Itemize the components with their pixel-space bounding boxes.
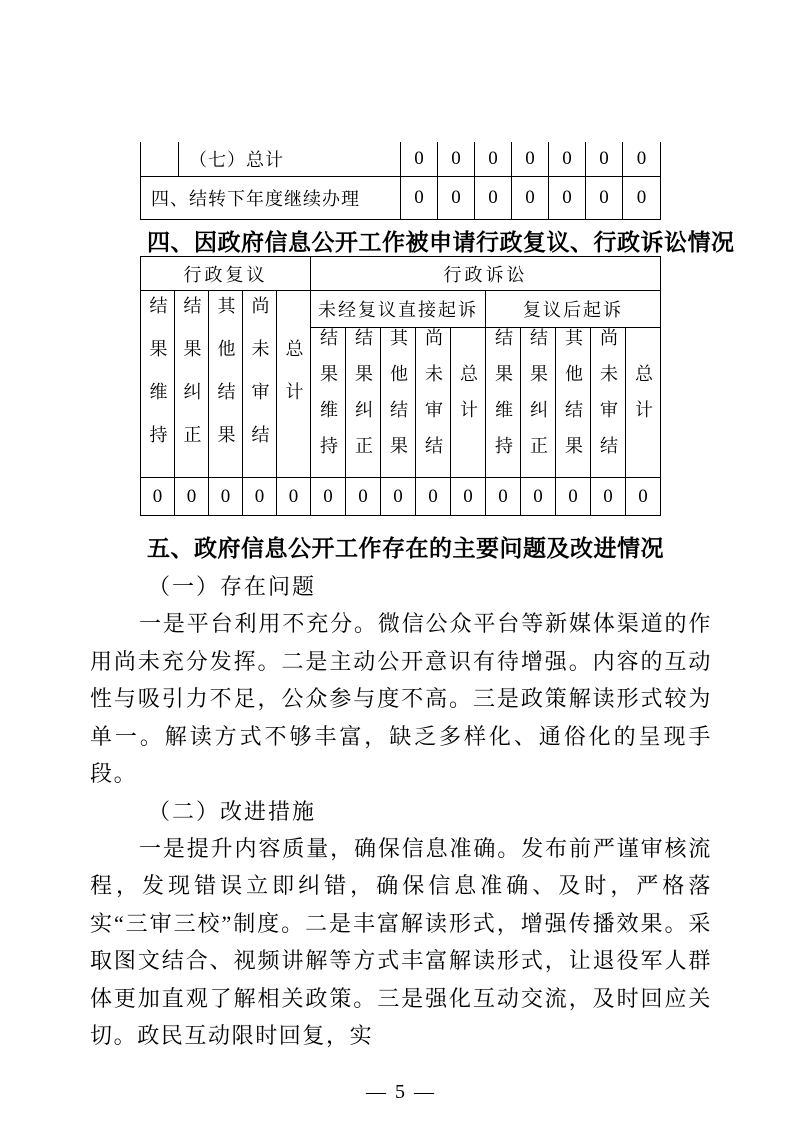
column-header: 其他结果 — [381, 328, 416, 478]
value-cell: 0 — [549, 177, 586, 220]
value-cell: 0 — [416, 478, 451, 516]
page-content: （七）总计 0 0 0 0 0 0 0 四、结转下年度继续办理 0 0 0 0 … — [90, 0, 712, 1104]
column-header-label: 尚未审结 — [247, 296, 273, 468]
value-cell: 0 — [475, 142, 512, 177]
value-cell: 0 — [586, 177, 623, 220]
column-header-label: 其他结果 — [213, 296, 239, 468]
group-header-litigation: 行政诉讼 — [311, 257, 661, 291]
column-header: 总计 — [626, 328, 661, 478]
column-header: 结果纠正 — [175, 291, 209, 478]
section4-heading: 四、因政府信息公开工作被申请行政复议、行政诉讼情况 — [90, 228, 712, 256]
value-cell: 0 — [623, 177, 661, 220]
column-header: 结果维持 — [311, 328, 346, 478]
column-header: 尚未审结 — [591, 328, 626, 478]
group-header-reconsideration: 行政复议 — [141, 257, 311, 291]
value-cell: 0 — [512, 142, 549, 177]
column-header-label: 结果纠正 — [179, 296, 205, 468]
value-cell: 0 — [438, 177, 475, 220]
row-label: （七）总计 — [179, 142, 401, 177]
value-cell: 0 — [586, 142, 623, 177]
value-cell: 0 — [512, 177, 549, 220]
column-header: 总计 — [277, 291, 311, 478]
empty-cell — [141, 142, 179, 177]
table-row: 0 0 0 0 0 0 0 0 0 0 0 0 0 0 0 — [141, 478, 661, 516]
value-cell: 0 — [401, 142, 438, 177]
value-cell: 0 — [549, 142, 586, 177]
column-header-label: 总计 — [630, 364, 656, 436]
value-cell: 0 — [556, 478, 591, 516]
carryover-table: （七）总计 0 0 0 0 0 0 0 四、结转下年度继续办理 0 0 0 0 … — [140, 142, 661, 220]
value-cell: 0 — [311, 478, 346, 516]
value-cell: 0 — [451, 478, 486, 516]
subgroup-header-direct: 未经复议直接起诉 — [311, 291, 486, 328]
value-cell: 0 — [591, 478, 626, 516]
column-header-label: 结果维持 — [145, 296, 171, 468]
column-header: 结果维持 — [486, 328, 521, 478]
measures-paragraph: 一是提升内容质量，确保信息准确。发布前严谨审核流程，发现错误立即纠错，确保信息准… — [90, 830, 712, 1055]
column-header: 尚未审结 — [243, 291, 277, 478]
value-cell: 0 — [401, 177, 438, 220]
column-header-label: 尚未审结 — [420, 328, 446, 472]
column-header-label: 结果纠正 — [350, 328, 376, 472]
value-cell: 0 — [141, 478, 175, 516]
value-cell: 0 — [626, 478, 661, 516]
problems-subheading: （一）存在问题 — [90, 569, 712, 605]
column-header-label: 结果纠正 — [525, 328, 551, 472]
column-header: 结果纠正 — [346, 328, 381, 478]
measures-subheading: （二）改进措施 — [90, 794, 712, 830]
section5-heading: 五、政府信息公开工作存在的主要问题及改进情况 — [90, 533, 712, 564]
value-cell: 0 — [346, 478, 381, 516]
value-cell: 0 — [438, 142, 475, 177]
value-cell: 0 — [475, 177, 512, 220]
column-header: 结果维持 — [141, 291, 175, 478]
document-page: （七）总计 0 0 0 0 0 0 0 四、结转下年度继续办理 0 0 0 0 … — [0, 0, 793, 1122]
column-header-label: 总计 — [281, 339, 307, 425]
value-cell: 0 — [243, 478, 277, 516]
value-cell: 0 — [277, 478, 311, 516]
litigation-table: 行政复议 行政诉讼 结果维持 结果纠正 其他结果 尚未审结 总计 未经复议直接起… — [140, 256, 661, 516]
value-cell: 0 — [209, 478, 243, 516]
column-header-label: 尚未审结 — [595, 328, 621, 472]
column-header-label: 结果维持 — [490, 328, 516, 472]
column-header: 总计 — [451, 328, 486, 478]
table-row: 结果维持 结果纠正 其他结果 尚未审结 总计 未经复议直接起诉 复议后起诉 — [141, 291, 661, 328]
column-header: 其他结果 — [209, 291, 243, 478]
page-number: — 5 — — [90, 1081, 712, 1104]
column-header-label: 总计 — [455, 364, 481, 436]
problems-paragraph: 一是平台利用不充分。微信公众平台等新媒体渠道的作用尚未充分发挥。二是主动公开意识… — [90, 605, 712, 793]
column-header-label: 其他结果 — [560, 328, 586, 472]
table-row: 行政复议 行政诉讼 — [141, 257, 661, 291]
column-header: 其他结果 — [556, 328, 591, 478]
row-label: 四、结转下年度继续办理 — [141, 177, 401, 220]
subgroup-header-after-review: 复议后起诉 — [486, 291, 661, 328]
table-row: 四、结转下年度继续办理 0 0 0 0 0 0 0 — [141, 177, 661, 220]
value-cell: 0 — [381, 478, 416, 516]
value-cell: 0 — [175, 478, 209, 516]
table-row: （七）总计 0 0 0 0 0 0 0 — [141, 142, 661, 177]
value-cell: 0 — [521, 478, 556, 516]
column-header: 尚未审结 — [416, 328, 451, 478]
column-header-label: 其他结果 — [385, 328, 411, 472]
value-cell: 0 — [486, 478, 521, 516]
value-cell: 0 — [623, 142, 661, 177]
column-header: 结果纠正 — [521, 328, 556, 478]
column-header-label: 结果维持 — [315, 328, 341, 472]
